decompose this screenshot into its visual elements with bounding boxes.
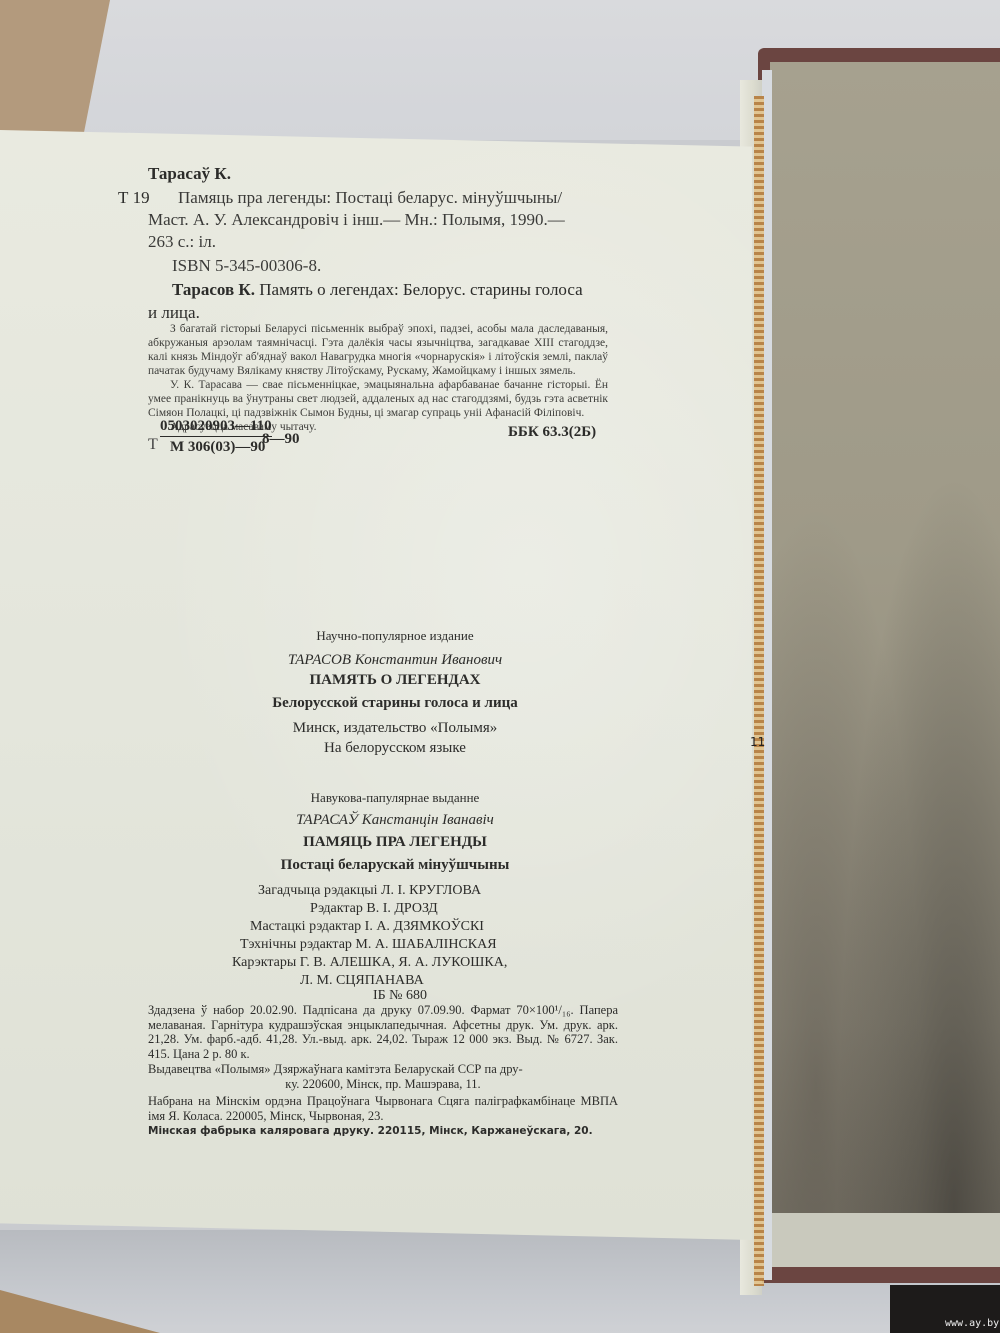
catalog-author: Тарасаў К. [148, 164, 231, 184]
abstract-paragraph: У. К. Тарасава — свае пісьменніцкае, эма… [148, 378, 608, 420]
inside-cover-board-strip [770, 1213, 1000, 1267]
publisher-line: Выдавецтва «Полымя» Дзяржаўнага камітэта… [148, 1062, 618, 1077]
catalog-russian-title: Тарасов К. Память о легендах: Белорус. с… [172, 280, 583, 300]
index-fraction: 0503020903—110 М 306(03)—90 [160, 418, 272, 456]
ru-edition-type: Научно-популярное издание [220, 628, 570, 644]
credit-line: Карэктары Г. В. АЛЕШКА, Я. А. ЛУКОШКА, [232, 954, 600, 972]
publisher-address: Выдавецтва «Полымя» Дзяржаўнага камітэта… [148, 1062, 618, 1091]
by-title: ПАМЯЦЬ ПРА ЛЕГЕНДЫ [220, 834, 570, 851]
editorial-credits: Загадчыца рэдакцыі Л. І. КРУГЛОВА Рэдакт… [240, 882, 600, 990]
spine-binding-thread [754, 96, 764, 1286]
credit-line: Мастацкі рэдактар І. А. ДЗЯМКОЎСКІ [240, 918, 600, 936]
ru-author-full: ТАРАСОВ Константин Иванович [220, 652, 570, 669]
bbk-classification: ББК 63.3(2Б) [508, 424, 596, 441]
pencil-mark: 11 [750, 735, 765, 749]
credit-line: Рэдактар В. І. ДРОЗД [240, 900, 600, 918]
catalog-russian-author: Тарасов К. [172, 280, 255, 299]
credit-line: Загадчыца рэдакцыі Л. І. КРУГЛОВА [240, 882, 600, 900]
by-edition-type: Навукова-папулярнае выданне [220, 790, 570, 806]
credit-line: Тэхнічны рэдактар М. А. ШАБАЛІНСКАЯ [240, 936, 600, 954]
printer-info: Набрана на Мінскім ордэна Працоўнага Чыр… [148, 1094, 618, 1123]
by-author-full: ТАРАСАЎ Канстанцін Іванавіч [220, 812, 570, 829]
abstract-paragraph: З багатай гісторыі Беларусі пісьменнік в… [148, 322, 608, 378]
isbn: ISBN 5-345-00306-8. [172, 256, 321, 276]
catalog-line: Памяць пра легенды: Постаці беларус. мін… [178, 188, 562, 208]
publisher-line: ку. 220600, Мінск, пр. Машэрава, 11. [148, 1077, 618, 1092]
print-details: Здадзена ў набор 20.02.90. Падпісана да … [148, 1003, 618, 1061]
ru-publisher: Минск, издательство «Полымя» [220, 720, 570, 737]
ib-number: ІБ № 680 [250, 988, 550, 1004]
catalog-line: 263 с.: іл. [148, 232, 216, 252]
by-subtitle: Постаці беларускай мінуўшчыны [220, 857, 570, 874]
site-watermark: www.ay.by [945, 1318, 999, 1329]
index-prefix: Т [148, 436, 158, 454]
catalog-russian-title-line1: Память о легендах: Белорус. старины голо… [259, 280, 582, 299]
catalog-russian-title-line2: и лица. [148, 303, 200, 323]
color-printer-info: Мінская фабрыка каляровага друку. 220115… [148, 1124, 618, 1139]
inside-cover-board [770, 62, 1000, 1267]
index-denominator: М 306(03)—90 [160, 437, 272, 456]
index-numerator: 0503020903—110 [160, 418, 272, 437]
index-suffix: 8—90 [262, 431, 300, 448]
catalog-line: Маст. А. У. Александровіч і інш.— Мн.: П… [148, 210, 565, 230]
ru-language: На белорусском языке [220, 740, 570, 757]
ru-subtitle: Белорусской старины голоса и лица [200, 695, 590, 712]
catalog-classification-code: Т 19 [118, 188, 150, 208]
ru-title: ПАМЯТЬ О ЛЕГЕНДАХ [220, 672, 570, 689]
